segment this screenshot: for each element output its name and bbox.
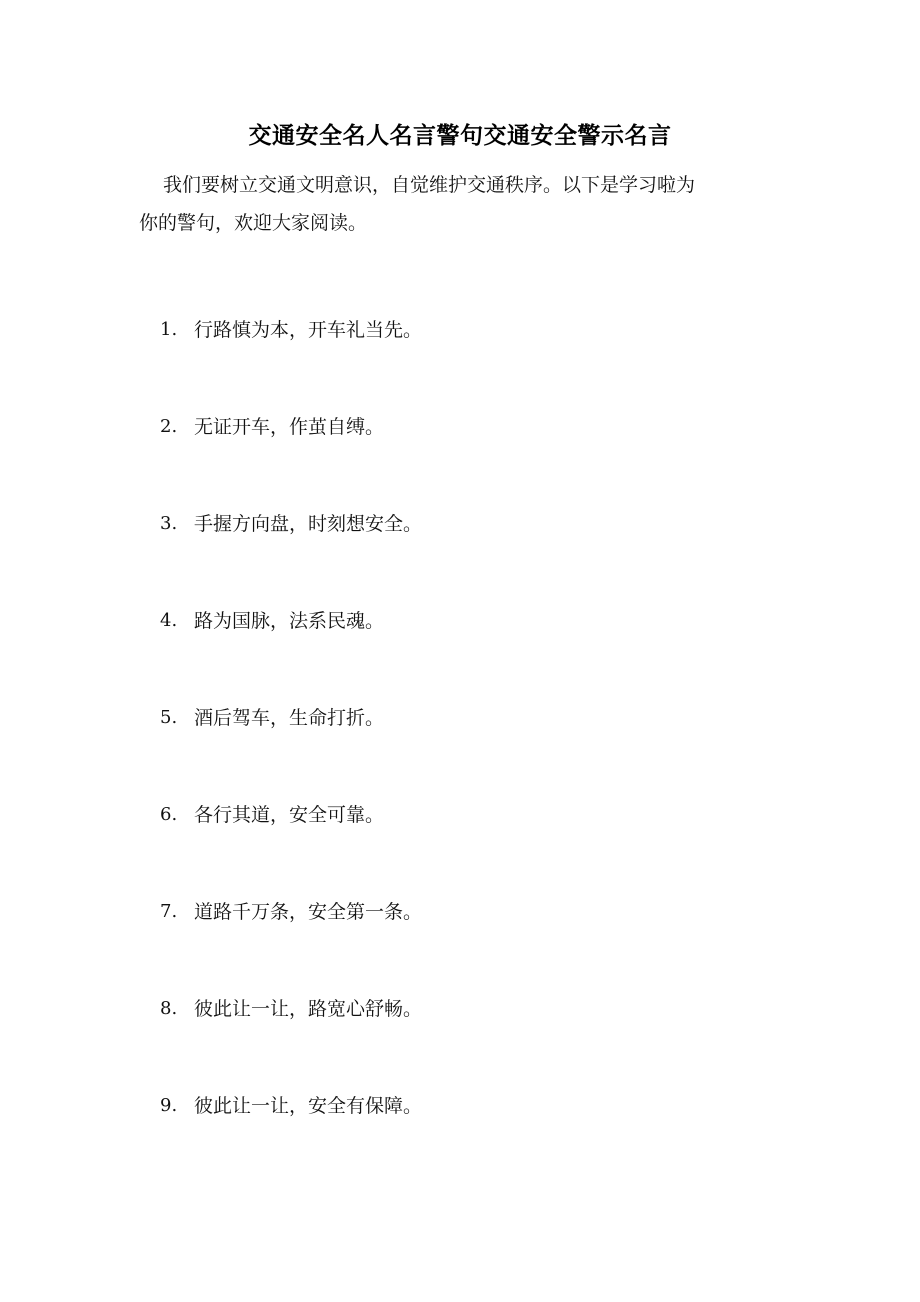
item-text: 彼此让一让，安全有保障。 (194, 1089, 422, 1123)
item-number: 3. (160, 507, 194, 541)
item-text: 各行其道，安全可靠。 (194, 798, 384, 832)
list-item: 8. 彼此让一让，路宽心舒畅。 (160, 992, 422, 1089)
item-number: 7. (160, 895, 194, 929)
item-number: 9. (160, 1089, 194, 1123)
item-text: 路为国脉，法系民魂。 (194, 604, 384, 638)
quote-list: 1. 行路慎为本，开车礼当先。 2. 无证开车，作茧自缚。 3. 手握方向盘，时… (160, 313, 422, 1186)
item-number: 1. (160, 313, 194, 347)
item-number: 8. (160, 992, 194, 1026)
item-text: 彼此让一让，路宽心舒畅。 (194, 992, 422, 1026)
item-text: 行路慎为本，开车礼当先。 (194, 313, 422, 347)
list-item: 1. 行路慎为本，开车礼当先。 (160, 313, 422, 410)
item-number: 2. (160, 410, 194, 444)
list-item: 9. 彼此让一让，安全有保障。 (160, 1089, 422, 1186)
intro-line-2: 你的警句，欢迎大家阅读。 (139, 204, 779, 242)
item-text: 手握方向盘，时刻想安全。 (194, 507, 422, 541)
intro-line-1: 我们要树立交通文明意识，自觉维护交通秩序。以下是学习啦为 (139, 166, 779, 204)
item-number: 5. (160, 701, 194, 735)
item-text: 道路千万条，安全第一条。 (194, 895, 422, 929)
list-item: 5. 酒后驾车，生命打折。 (160, 701, 422, 798)
list-item: 7. 道路千万条，安全第一条。 (160, 895, 422, 992)
list-item: 4. 路为国脉，法系民魂。 (160, 604, 422, 701)
item-text: 无证开车，作茧自缚。 (194, 410, 384, 444)
list-item: 2. 无证开车，作茧自缚。 (160, 410, 422, 507)
list-item: 3. 手握方向盘，时刻想安全。 (160, 507, 422, 604)
item-number: 4. (160, 604, 194, 638)
item-number: 6. (160, 798, 194, 832)
page-title: 交通安全名人名言警句交通安全警示名言 (0, 118, 920, 154)
document-page: 交通安全名人名言警句交通安全警示名言 我们要树立交通文明意识，自觉维护交通秩序。… (0, 0, 920, 1302)
intro-paragraph: 我们要树立交通文明意识，自觉维护交通秩序。以下是学习啦为 你的警句，欢迎大家阅读… (139, 166, 779, 242)
list-item: 6. 各行其道，安全可靠。 (160, 798, 422, 895)
item-text: 酒后驾车，生命打折。 (194, 701, 384, 735)
